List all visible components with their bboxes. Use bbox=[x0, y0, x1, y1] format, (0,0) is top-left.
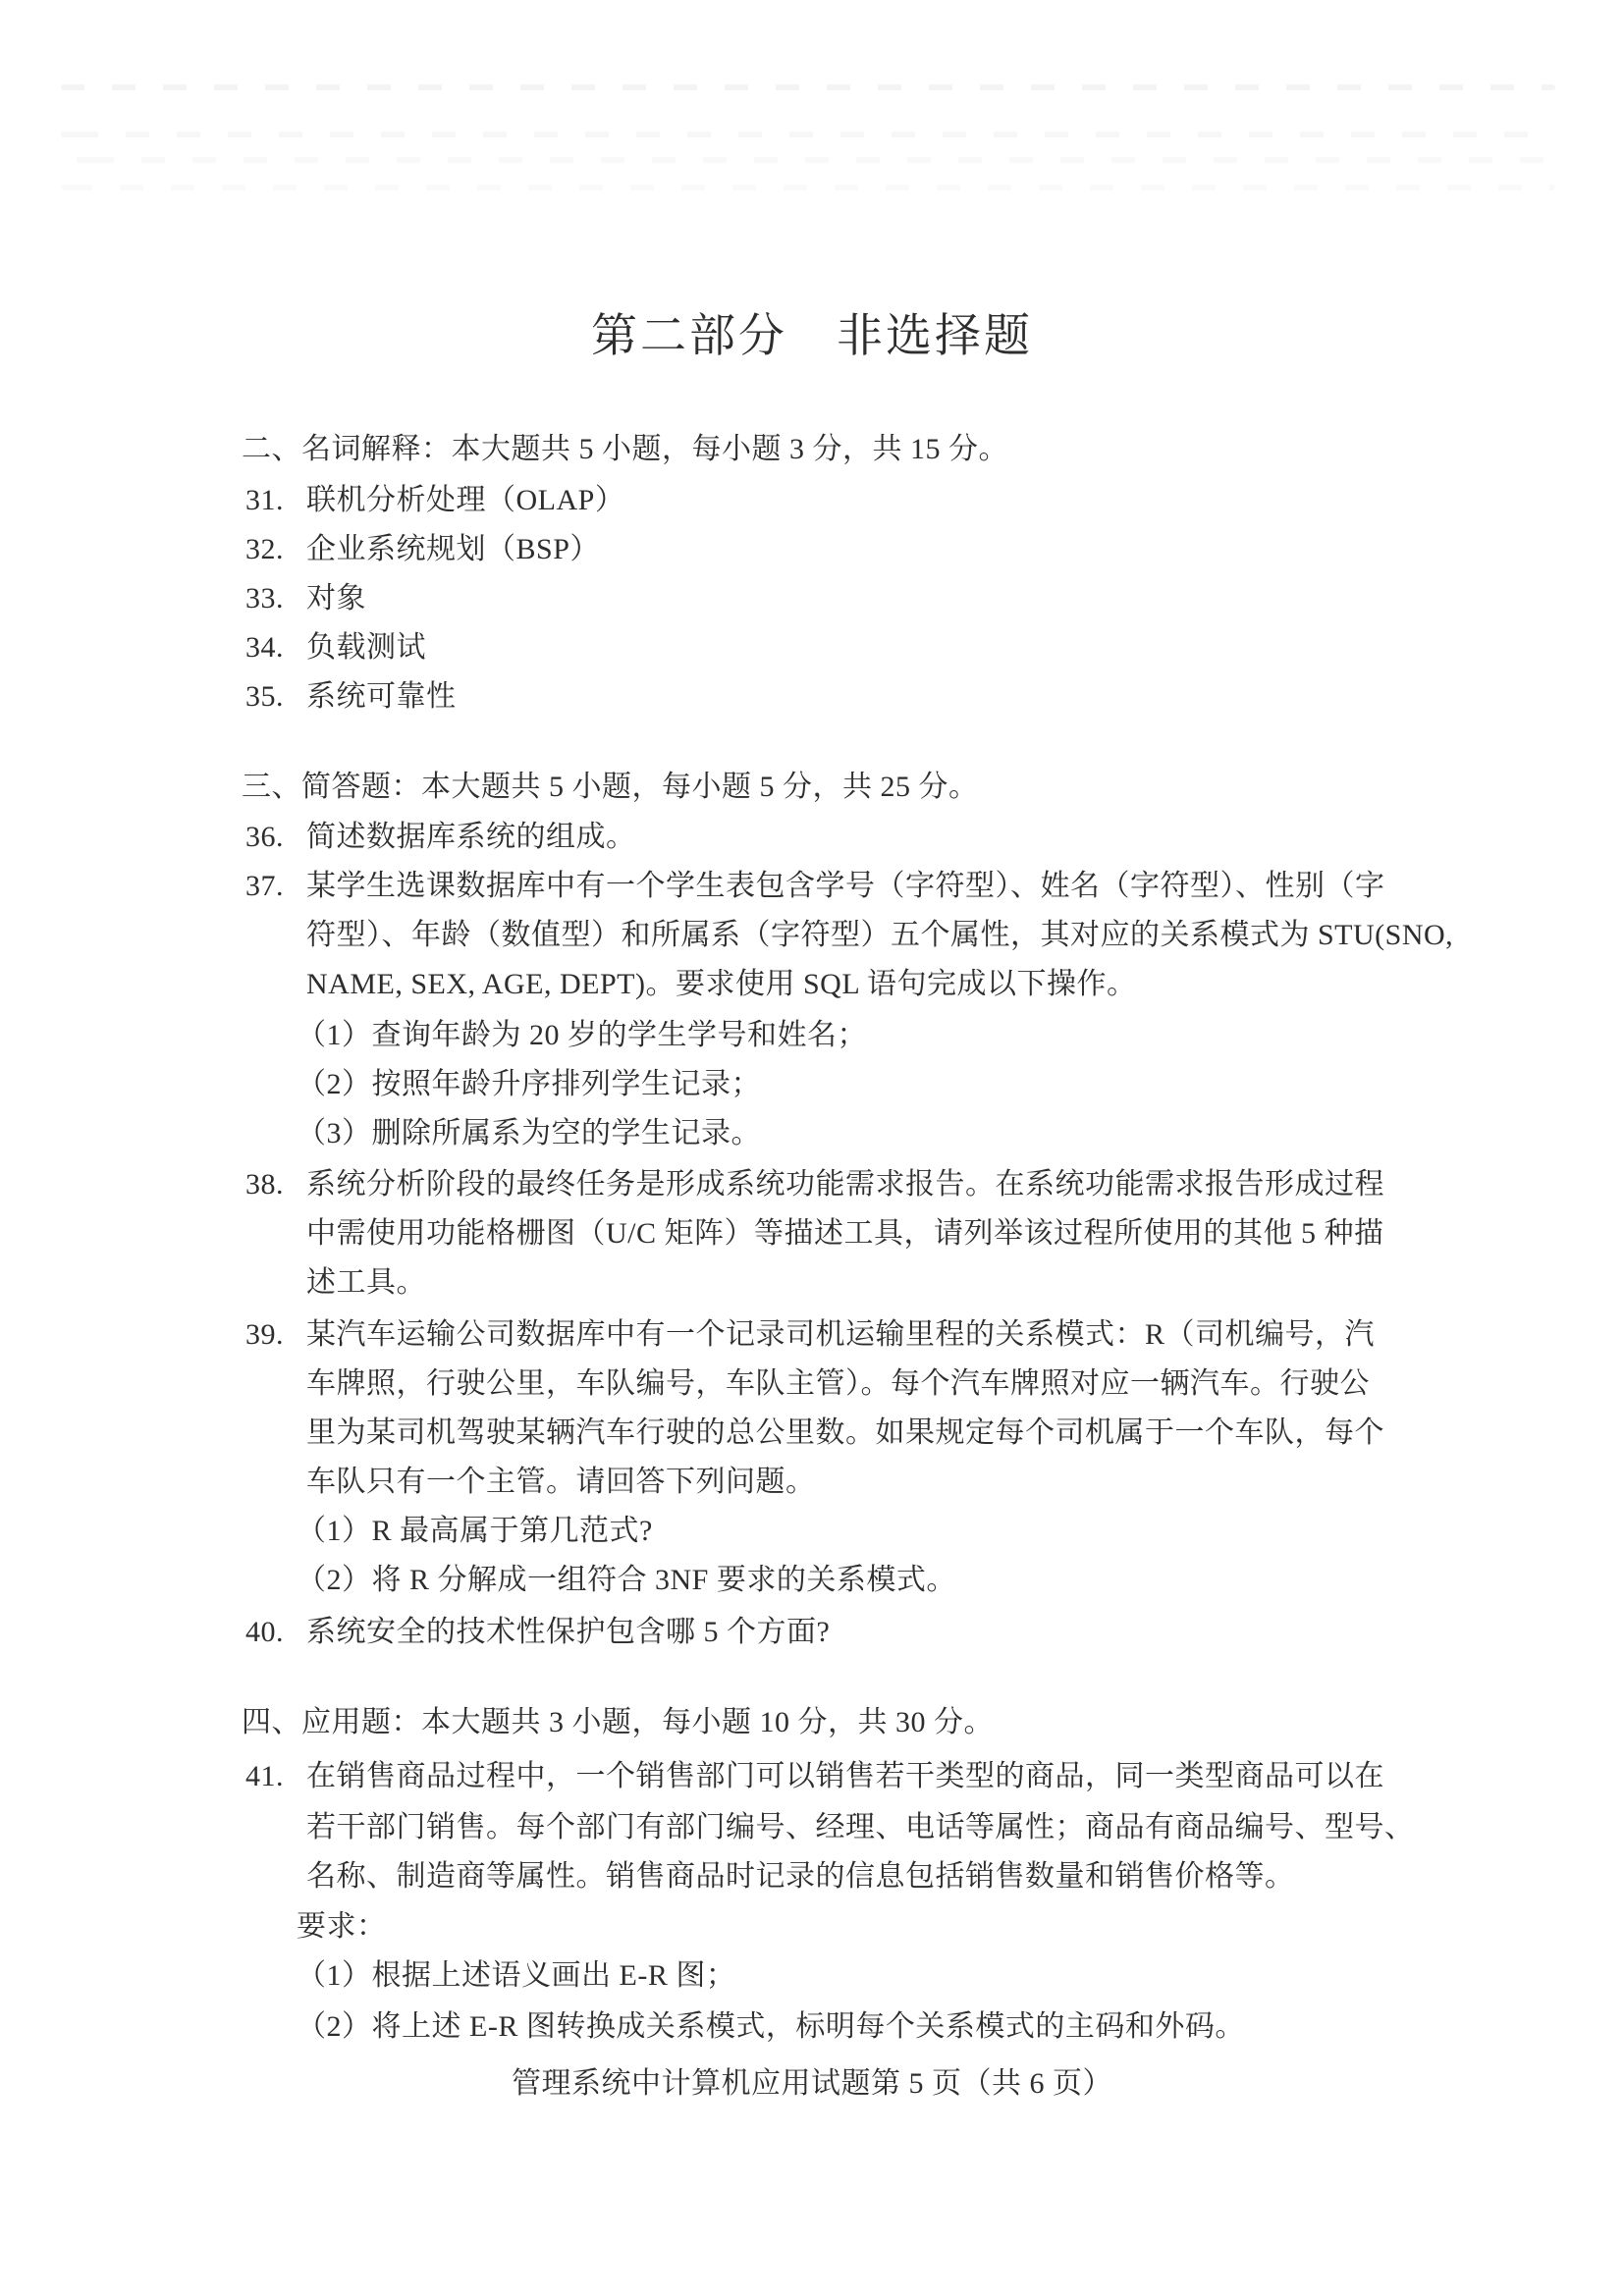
question-33-number: 33. bbox=[245, 581, 284, 616]
question-39-line-4: 车队只有一个主管。请回答下列问题。 bbox=[306, 1465, 816, 1500]
question-31-number: 31. bbox=[245, 483, 284, 518]
question-39-line-2: 车牌照，行驶公里，车队编号，车队主管）。每个汽车牌照对应一辆汽车。行驶公 bbox=[306, 1366, 1370, 1402]
question-38-number: 38. bbox=[245, 1167, 284, 1202]
scan-noise-band bbox=[61, 84, 1555, 90]
question-37-sub-2: （2）按照年龄升序排列学生记录； bbox=[297, 1067, 761, 1102]
question-39-line-3: 里为某司机驾驶某辆汽车行驶的总公里数。如果规定每个司机属于一个车队，每个 bbox=[306, 1415, 1384, 1451]
question-39-line-1: 某汽车运输公司数据库中有一个记录司机运输里程的关系模式：R（司机编号，汽 bbox=[306, 1317, 1375, 1353]
question-37-line-1: 某学生选课数据库中有一个学生表包含学号（字符型）、姓名（字符型）、性别（字 bbox=[306, 869, 1385, 904]
question-38-line-2: 中需使用功能格栅图（U/C 矩阵）等描述工具，请列举该过程所使用的其他 5 种描 bbox=[306, 1216, 1384, 1252]
question-37-line-3: NAME, SEX, AGE, DEPT)。要求使用 SQL 语句完成以下操作。 bbox=[306, 967, 1137, 1002]
question-38-line-3: 述工具。 bbox=[306, 1265, 426, 1301]
question-34-number: 34. bbox=[245, 630, 284, 666]
question-37-sub-1: （1）查询年龄为 20 岁的学生学号和姓名； bbox=[297, 1018, 867, 1053]
exam-paper-page: 第二部分 非选择题 二、名词解释：本大题共 5 小题，每小题 3 分，共 15 … bbox=[0, 0, 1624, 2296]
question-37-line-2: 符型）、年龄（数值型）和所属系（字符型）五个属性，其对应的关系模式为 STU(S… bbox=[306, 918, 1453, 953]
question-39-sub-1: （1）R 最高属于第几范式? bbox=[297, 1514, 653, 1549]
question-38-line-1: 系统分析阶段的最终任务是形成系统功能需求报告。在系统功能需求报告形成过程 bbox=[306, 1167, 1384, 1202]
question-31-text: 联机分析处理（OLAP） bbox=[306, 483, 624, 518]
question-32-number: 32. bbox=[245, 532, 284, 567]
question-41-sub-2: （2）将上述 E-R 图转换成关系模式，标明每个关系模式的主码和外码。 bbox=[297, 2009, 1245, 2045]
scan-noise-band bbox=[61, 185, 1555, 190]
question-37-number: 37. bbox=[245, 869, 284, 904]
question-41-line-3: 名称、制造商等属性。销售商品时记录的信息包括销售数量和销售价格等。 bbox=[306, 1859, 1295, 1895]
question-35-text: 系统可靠性 bbox=[306, 679, 457, 715]
section-heading-4: 四、应用题：本大题共 3 小题，每小题 10 分，共 30 分。 bbox=[242, 1705, 994, 1740]
question-33-text: 对象 bbox=[306, 581, 366, 616]
question-39-sub-2: （2）将 R 分解成一组符合 3NF 要求的关系模式。 bbox=[297, 1563, 956, 1598]
question-40-text: 系统安全的技术性保护包含哪 5 个方面? bbox=[306, 1615, 830, 1650]
question-41-number: 41. bbox=[245, 1759, 284, 1794]
question-36-text: 简述数据库系统的组成。 bbox=[306, 820, 636, 855]
question-41-line-1: 在销售商品过程中，一个销售部门可以销售若干类型的商品，同一类型商品可以在 bbox=[306, 1759, 1384, 1794]
page-title: 第二部分 非选择题 bbox=[0, 310, 1624, 363]
question-39-number: 39. bbox=[245, 1317, 284, 1353]
question-41-sub-1: （1）根据上述语义画出 E-R 图； bbox=[297, 1958, 735, 1994]
question-36-number: 36. bbox=[245, 820, 284, 855]
scan-noise-band bbox=[61, 157, 1555, 163]
question-41-requirements-label: 要求： bbox=[297, 1909, 387, 1945]
section-heading-2: 二、名词解释：本大题共 5 小题，每小题 3 分，共 15 分。 bbox=[242, 432, 1008, 467]
question-37-sub-3: （3）删除所属系为空的学生记录。 bbox=[297, 1116, 761, 1151]
question-34-text: 负载测试 bbox=[306, 630, 426, 666]
section-heading-3: 三、简答题：本大题共 5 小题，每小题 5 分，共 25 分。 bbox=[242, 770, 979, 805]
question-41-line-2: 若干部门销售。每个部门有部门编号、经理、电话等属性；商品有商品编号、型号、 bbox=[306, 1810, 1415, 1845]
question-32-text: 企业系统规划（BSP） bbox=[306, 532, 600, 567]
question-40-number: 40. bbox=[245, 1615, 284, 1650]
question-35-number: 35. bbox=[245, 679, 284, 715]
scan-noise-band bbox=[61, 132, 1555, 137]
page-footer: 管理系统中计算机应用试题第 5 页（共 6 页） bbox=[0, 2065, 1624, 2103]
